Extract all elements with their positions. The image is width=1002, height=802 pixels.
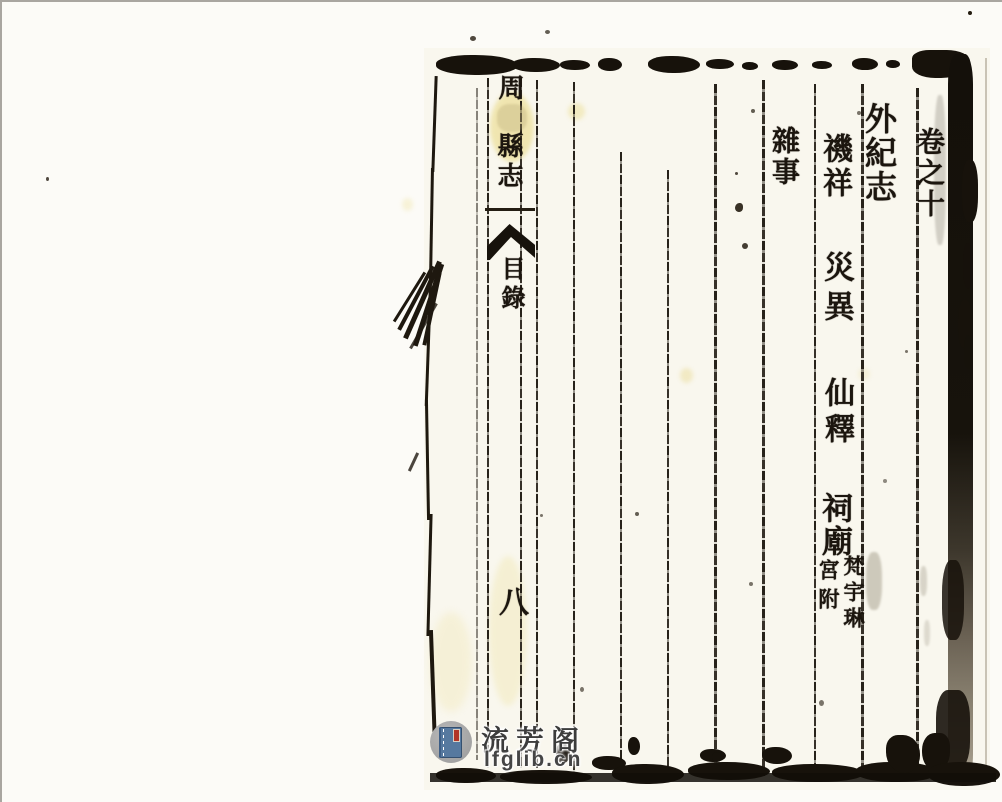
top-ink-band xyxy=(648,56,700,73)
page-number: 八 xyxy=(495,586,525,616)
ink-speck xyxy=(540,514,543,517)
top-ink-band xyxy=(742,62,758,70)
stain xyxy=(568,103,585,120)
ink-speck xyxy=(735,172,738,175)
smudge xyxy=(866,552,882,610)
smudge xyxy=(920,566,927,596)
top-ink-band xyxy=(886,60,900,68)
ink-speck xyxy=(905,350,908,353)
stain xyxy=(402,198,413,211)
toc-entry: 災異 xyxy=(820,251,851,329)
stain xyxy=(430,612,472,712)
scan-edge-left xyxy=(0,0,2,802)
ink-speck xyxy=(545,30,550,34)
ink-feather xyxy=(408,452,419,471)
section-heading: 外紀志 xyxy=(863,102,895,204)
book-title-tag xyxy=(453,729,460,742)
spine-title-rest: 縣志 xyxy=(495,132,521,192)
spine-title-top-char: 周 xyxy=(496,74,522,103)
column-rule xyxy=(487,78,489,768)
toc-subnote-left: 宮附 xyxy=(818,559,839,617)
binding-ink-band xyxy=(963,243,973,289)
ink-speck xyxy=(742,243,748,249)
top-ink-band xyxy=(772,60,798,70)
bottom-ink-band xyxy=(712,752,722,762)
column-rule xyxy=(814,84,816,776)
top-ink-band xyxy=(598,58,622,71)
binding-ink-band xyxy=(962,160,978,222)
stain xyxy=(858,368,870,380)
column-rule xyxy=(620,152,622,774)
book-icon xyxy=(439,727,462,758)
toc-entry: 禨祥 xyxy=(819,133,849,201)
ink-speck xyxy=(819,700,824,706)
top-ink-band xyxy=(852,58,878,70)
ink-speck xyxy=(749,582,753,586)
column-rule xyxy=(536,80,538,768)
top-ink-band xyxy=(436,55,518,75)
toc-subnote-right: 梵宇琳 xyxy=(843,555,864,633)
binding-ink-band xyxy=(964,335,972,369)
ink-speck xyxy=(470,36,476,41)
ink-speck xyxy=(883,479,887,483)
spine-title-illegible-char xyxy=(497,104,527,132)
ink-speck xyxy=(580,687,584,692)
top-ink-band xyxy=(512,58,560,72)
toc-entry-misc: 雜事 xyxy=(770,126,798,188)
column-rule xyxy=(573,82,575,772)
column-rule xyxy=(714,84,717,774)
spine-title-box-rule xyxy=(485,208,535,211)
top-ink-band xyxy=(812,61,832,69)
watermark-site-url: lfglib.cn xyxy=(484,748,583,772)
ink-speck xyxy=(635,512,639,516)
scan-edge-top xyxy=(0,0,1002,2)
bottom-ink-band xyxy=(628,737,640,755)
column-rule xyxy=(667,170,669,774)
bottom-ink-band xyxy=(886,735,920,773)
page-edge-right xyxy=(985,58,987,780)
book-stitch-lines xyxy=(443,729,444,756)
ink-speck xyxy=(968,11,972,15)
ink-speck xyxy=(857,111,861,115)
binding-ink-band xyxy=(942,560,964,640)
scanned-gazetteer-page: 周 縣志 目錄 八 卷之十 外紀志 禨祥 災異 仙釋 祠廟 梵宇琳 宮附 雜事 xyxy=(0,0,1002,802)
ink-speck xyxy=(751,109,755,113)
top-ink-band xyxy=(706,59,734,69)
smudge xyxy=(924,620,930,646)
stain xyxy=(680,368,693,383)
bottom-ink-band xyxy=(762,747,792,764)
ink-speck xyxy=(735,203,743,212)
volume-header: 卷之十 xyxy=(915,127,943,220)
ink-speck xyxy=(46,177,49,181)
column-rule xyxy=(476,88,478,760)
bottom-ink-band xyxy=(430,773,996,782)
column-rule xyxy=(762,80,765,776)
toc-entry: 祠廟 xyxy=(818,492,849,558)
toc-entry: 仙釋 xyxy=(821,377,851,449)
top-ink-band xyxy=(560,60,590,70)
centerfold-section-label: 目錄 xyxy=(499,256,523,314)
